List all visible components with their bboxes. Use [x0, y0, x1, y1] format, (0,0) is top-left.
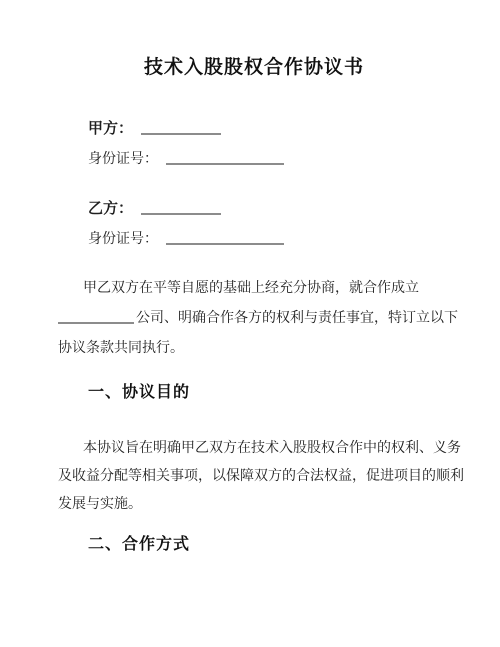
section-1-body-line-3: 发展与实施。	[58, 491, 450, 519]
section-1-body-line-2: 及收益分配等相关事项，以保障双方的合法权益，促进项目的顺利	[58, 463, 450, 491]
document-page: 技术入股股权合作协议书 甲方： 身份证号： 乙方： 身份证号： 甲乙双方在平等自…	[0, 0, 500, 647]
party-b-block: 乙方： 身份证号：	[58, 197, 450, 257]
intro-paragraph: 甲乙双方在平等自愿的基础上经充分协商，就合作成立 公司、明确合作各方的权利与责任…	[58, 274, 450, 364]
party-a-block: 甲方： 身份证号：	[58, 117, 450, 177]
intro-line-2: 公司、明确合作各方的权利与责任事宜，特订立以下	[58, 304, 450, 334]
section-1-body: 本协议旨在明确甲乙双方在技术入股股权合作中的权利、义务 及收益分配等相关事项，以…	[58, 435, 450, 519]
intro-line-2-text: 公司、明确合作各方的权利与责任事宜，特订立以下	[136, 311, 458, 326]
party-b-id-blank	[166, 229, 284, 245]
party-b-id-line: 身份证号：	[88, 227, 450, 257]
party-a-name-line: 甲方：	[88, 117, 450, 147]
intro-line-1: 甲乙双方在平等自愿的基础上经充分协商，就合作成立	[58, 274, 450, 304]
section-2-heading: 二、合作方式	[88, 533, 450, 557]
section-1-body-line-1: 本协议旨在明确甲乙双方在技术入股股权合作中的权利、义务	[58, 435, 450, 463]
party-b-label: 乙方：	[88, 200, 133, 217]
section-1-heading: 一、协议目的	[88, 381, 450, 405]
party-b-name-line: 乙方：	[88, 197, 450, 227]
party-a-label: 甲方：	[88, 120, 133, 137]
party-a-id-label: 身份证号：	[88, 152, 158, 167]
party-b-id-label: 身份证号：	[88, 232, 158, 247]
party-a-name-blank	[141, 119, 221, 135]
intro-line-3: 协议条款共同执行。	[58, 334, 450, 364]
party-b-name-blank	[141, 199, 221, 215]
party-a-id-blank	[166, 149, 284, 165]
company-name-blank	[58, 308, 134, 324]
document-title: 技术入股股权合作协议书	[58, 55, 450, 81]
party-a-id-line: 身份证号：	[88, 147, 450, 177]
